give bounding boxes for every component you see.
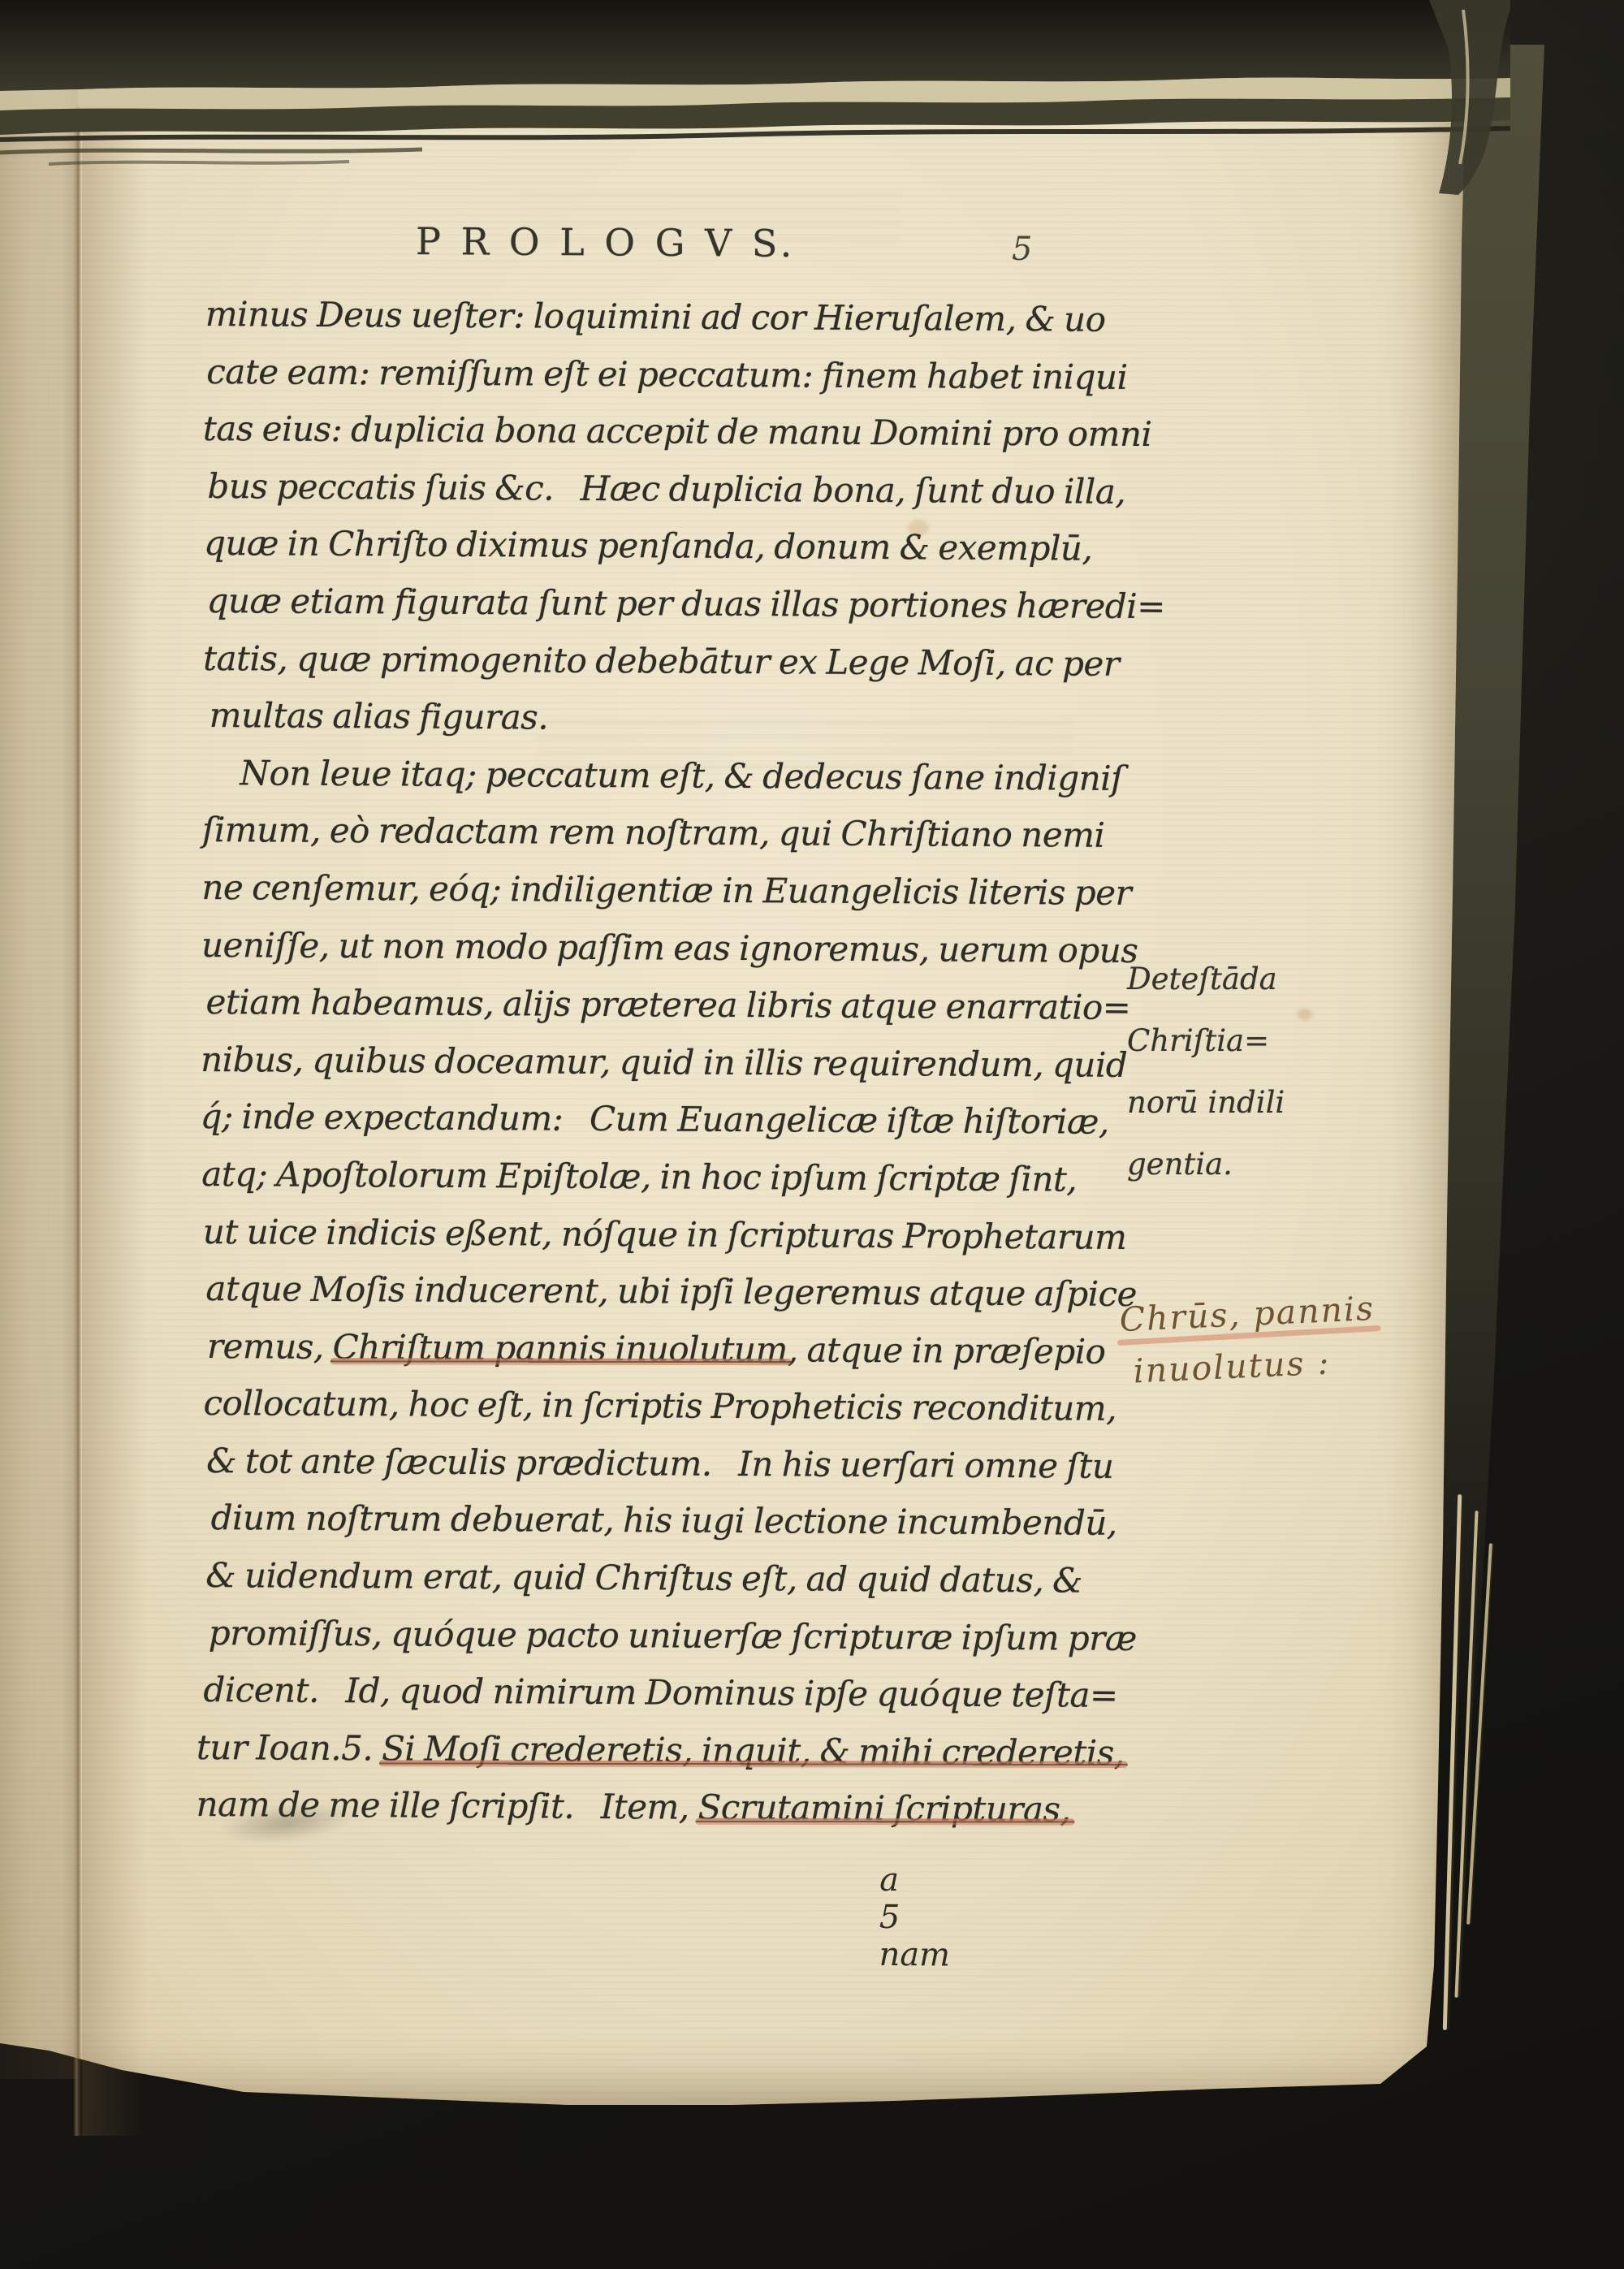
text-run: q́; inde expectandum: Cum Euangelicæ iſt… xyxy=(201,1096,1109,1142)
text-run: quæ in Chriſto diximus penſanda, donum &… xyxy=(204,523,1093,568)
foxing-spot xyxy=(1298,1009,1312,1020)
text-line: quæ in Chriſto diximus penſanda, donum &… xyxy=(204,515,1162,578)
text-run: promiſſus, quóque pacto uniuerſæ ſcriptu… xyxy=(209,1613,1137,1658)
text-line: & uidendum erat, quid Chriſtus eſt, ad q… xyxy=(205,1547,1155,1610)
text-run: multas alias figuras. xyxy=(209,695,549,737)
text-line: remus, Chriſtum pannis inuolutum, atque … xyxy=(207,1318,1157,1381)
text-line: ne cenſemur, eóq; indiligentiæ in Euange… xyxy=(201,859,1160,923)
text-line: & tot ante ſæculis prædictum. In his uer… xyxy=(206,1433,1156,1496)
text-line: ueniſſe, ut non modo paſſim eas ignoremu… xyxy=(201,917,1160,980)
catchword: nam xyxy=(879,1936,950,1974)
margin-note-line: gentia. xyxy=(1127,1134,1285,1195)
text-run: bus peccatis ſuis &c. Hæc duplicia bona,… xyxy=(207,466,1125,512)
text-run: tatis, quæ primogenito debebātur ex Lege… xyxy=(203,638,1119,684)
footer-row: a 5 nam xyxy=(837,1824,951,2012)
text-run: dicent. Id, quod nimirum Dominus ipſe qu… xyxy=(203,1670,1118,1715)
margin-note-line: Chriſtia= xyxy=(1127,1010,1285,1072)
text-run: & tot ante ſæculis prædictum. In his uer… xyxy=(206,1441,1114,1486)
text-line: dicent. Id, quod nimirum Dominus ipſe qu… xyxy=(203,1662,1155,1725)
text-line: promiſſus, quóque pacto uniuerſæ ſcriptu… xyxy=(209,1605,1155,1668)
gutter-crease xyxy=(73,106,82,2136)
text-line: nibus, quibus doceamur, quid in illis re… xyxy=(201,1031,1159,1095)
text-run: & uidendum erat, quid Chriſtus eſt, ad q… xyxy=(205,1555,1082,1601)
text-run: tas eius: duplicia bona accepit de manu … xyxy=(203,408,1152,454)
text-run: collocatum, hoc eſt, in ſcriptis Prophet… xyxy=(203,1383,1116,1428)
page-number: 5 xyxy=(1012,231,1032,268)
text-run: tur Ioan.5. xyxy=(197,1727,382,1768)
text-line: ſimum, eò redactam rem noſtram, qui Chri… xyxy=(202,802,1160,865)
text-line: quæ etiam figurata ſunt per duas illas p… xyxy=(206,573,1161,636)
text-line: ut uice indicis eßent, nóſque in ſcriptu… xyxy=(203,1204,1158,1267)
facing-page-sliver xyxy=(0,0,78,2079)
main-text-block: minus Deus ueſter: loquimini ad cor Hier… xyxy=(196,286,1164,1839)
margin-note-line: Deteſtāda xyxy=(1127,949,1285,1010)
text-run: cate eam: remiſſum eſt ei peccatum: fine… xyxy=(206,352,1127,397)
text-line: tatis, quæ primogenito debebātur ex Lege… xyxy=(203,630,1161,694)
text-run: ne cenſemur, eóq; indiligentiæ in Euange… xyxy=(201,867,1131,913)
red-underlined-text: Chriſtum pannis inuolutum xyxy=(332,1327,788,1369)
book-photo: P R O L O G V S. 5 minus Deus ueſter: lo… xyxy=(0,0,1624,2269)
text-line: bus peccatis ſuis &c. Hæc duplicia bona,… xyxy=(207,458,1162,521)
text-line: q́; inde expectandum: Cum Euangelicæ iſt… xyxy=(201,1088,1159,1152)
text-run: quæ etiam figurata ſunt per duas illas p… xyxy=(206,581,1165,626)
text-line: atque Moſis inducerent, ubi ipſi legerem… xyxy=(205,1260,1157,1324)
text-run: ut uice indicis eßent, nóſque in ſcriptu… xyxy=(203,1212,1127,1257)
text-run: minus Deus ueſter: loquimini ad cor Hier… xyxy=(205,294,1106,339)
text-run: nibus, quibus doceamur, quid in illis re… xyxy=(201,1039,1127,1085)
book-top-edge xyxy=(0,0,1510,203)
text-line: etiam habeamus, alijs præterea libris at… xyxy=(205,974,1159,1037)
text-run: Non leue itaq; peccatum eſt, & dedecus ſ… xyxy=(240,753,1123,798)
margin-note-line: norū indili xyxy=(1127,1072,1285,1134)
text-run: dium noſtrum debuerat, his iugi lectione… xyxy=(211,1498,1117,1544)
text-line: Non leue itaq; peccatum eſt, & dedecus ſ… xyxy=(240,745,1160,808)
text-run: etiam habeamus, alijs præterea libris at… xyxy=(205,982,1130,1027)
handwritten-margin-note: Chrūs, pannis inuolutus : xyxy=(1118,1282,1378,1398)
text-line: cate eam: remiſſum eſt ei peccatum: fine… xyxy=(206,344,1163,407)
text-run: , atque in præſepio xyxy=(788,1329,1106,1371)
text-line: tas eius: duplicia bona accepit de manu … xyxy=(203,400,1163,464)
text-line: minus Deus ueſter: loquimini ad cor Hier… xyxy=(205,286,1164,349)
text-line: dium noſtrum debuerat, his iugi lectione… xyxy=(211,1490,1156,1554)
text-run: remus, xyxy=(207,1326,333,1367)
text-line: atq; Apoſtolorum Epiſtolæ, in hoc ipſum … xyxy=(201,1146,1158,1209)
text-run: atque Moſis inducerent, ubi ipſi legerem… xyxy=(205,1268,1137,1314)
text-run: atq; Apoſtolorum Epiſtolæ, in hoc ipſum … xyxy=(201,1154,1077,1199)
printed-margin-note: Deteſtāda Chriſtia= norū indili gentia. xyxy=(1127,949,1285,1195)
text-line: collocatum, hoc eſt, in ſcriptis Prophet… xyxy=(203,1375,1156,1438)
signature-number: 5 xyxy=(879,1899,901,1936)
signature-letter: a xyxy=(879,1861,899,1899)
text-run: ſimum, eò redactam rem noſtram, qui Chri… xyxy=(202,810,1105,855)
red-underlined-text: Si Moſi crederetis, inquit, & mihi crede… xyxy=(382,1728,1125,1773)
text-line: tur Ioan.5. Si Moſi crederetis, inquit, … xyxy=(197,1719,1155,1783)
gutter-shadow xyxy=(82,106,147,2136)
text-run: ueniſſe, ut non modo paſſim eas ignoremu… xyxy=(201,925,1138,970)
handwritten-note-line: inuolutus : xyxy=(1132,1334,1378,1398)
page-title: P R O L O G V S. xyxy=(416,219,797,266)
text-line: multas alias figuras. xyxy=(209,687,1161,750)
